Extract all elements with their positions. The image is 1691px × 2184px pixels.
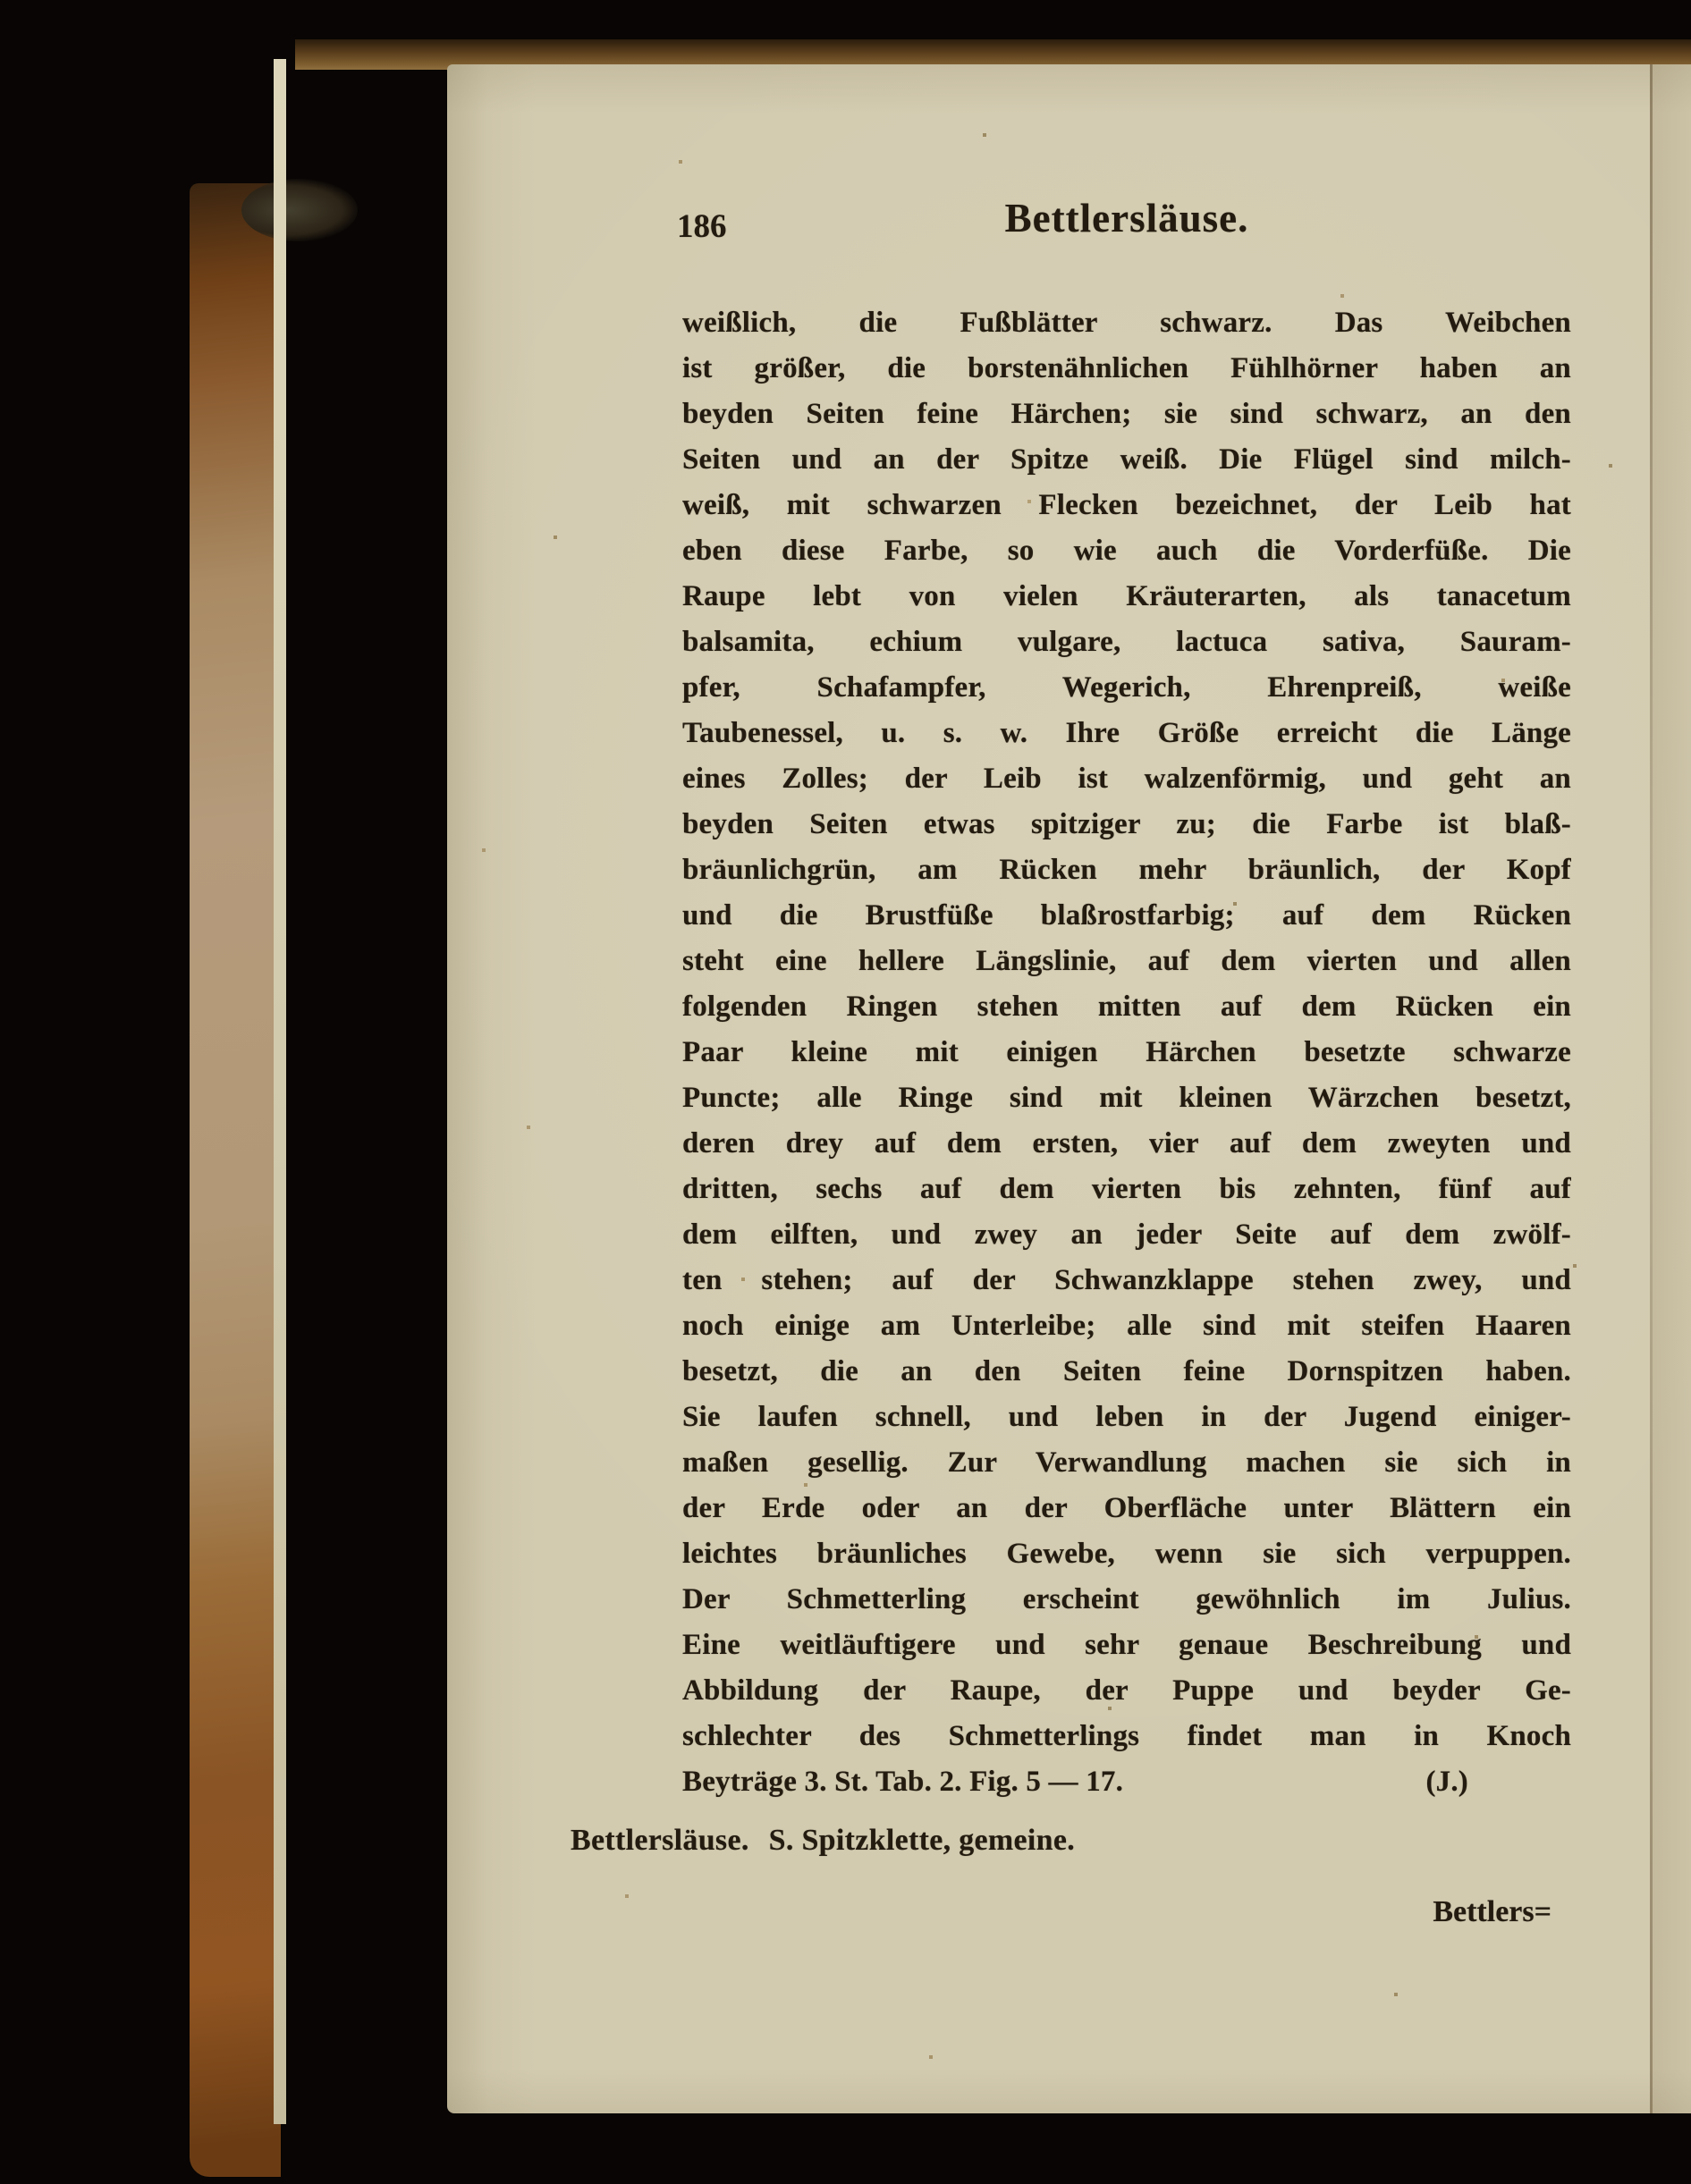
text-line: bräunlichgrün, am Rücken mehr bräunlich,…: [682, 847, 1571, 893]
text-line: maßen gesellig. Zur Verwandlung machen s…: [682, 1440, 1571, 1486]
page-block-fore-edge: [284, 52, 449, 2140]
entry-headword: Bettlersläuse.: [571, 1824, 749, 1857]
text-line: Raupe lebt von vielen Kräuterarten, als …: [682, 574, 1571, 620]
text-line: der Erde oder an der Oberfläche unter Bl…: [682, 1486, 1571, 1531]
text-line: dem eilften, und zwey an jeder Seite auf…: [682, 1212, 1571, 1258]
text-line: Puncte; alle Ringe sind mit kleinen Wärz…: [682, 1075, 1571, 1121]
page-margin-fold: [1653, 64, 1691, 2113]
text-line: Seiten und an der Spitze weiß. Die Flüge…: [682, 437, 1571, 483]
text-line: noch einige am Unterleibe; alle sind mit…: [682, 1303, 1571, 1349]
text-line: und die Brustfüße blaßrostfarbig; auf de…: [682, 893, 1571, 939]
text-line: Eine weitläuftigere und sehr genaue Besc…: [682, 1623, 1571, 1668]
body-lines: weißlich, die Fußblätter schwarz. Das We…: [682, 300, 1571, 1759]
text-line: beyden Seiten etwas spitziger zu; die Fa…: [682, 802, 1571, 847]
text-line: dritten, sechs auf dem vierten bis zehnt…: [682, 1167, 1571, 1212]
citation-mark: (J.): [1425, 1759, 1468, 1805]
book-scan: 186 Bettlersläuse. weißlich, die Fußblät…: [0, 0, 1691, 2184]
entry-reference: S. Spitzklette, gemeine.: [769, 1824, 1075, 1857]
body-text: weißlich, die Fußblätter schwarz. Das We…: [682, 300, 1571, 1805]
text-line: pfer, Schafampfer, Wegerich, Ehrenpreiß,…: [682, 665, 1571, 711]
text-line: balsamita, echium vulgare, lactuca sativ…: [682, 620, 1571, 665]
citation-line: Beyträge 3. St. Tab. 2. Fig. 5 — 17. (J.…: [682, 1759, 1571, 1805]
paper-specks: [0, 0, 2, 2]
text-line: Paar kleine mit einigen Härchen besetzte…: [682, 1030, 1571, 1075]
text-line: schlechter des Schmetterlings findet man…: [682, 1714, 1571, 1759]
text-line: ist größer, die borstenähnlichen Fühlhör…: [682, 346, 1571, 392]
text-line: ten stehen; auf der Schwanzklappe stehen…: [682, 1258, 1571, 1303]
text-line: besetzt, die an den Seiten feine Dornspi…: [682, 1349, 1571, 1395]
text-line: leichtes bräunliches Gewebe, wenn sie si…: [682, 1531, 1571, 1577]
text-line: weißlich, die Fußblätter schwarz. Das We…: [682, 300, 1571, 346]
text-line: folgenden Ringen stehen mitten auf dem R…: [682, 984, 1571, 1030]
text-line: steht eine hellere Längslinie, auf dem v…: [682, 939, 1571, 984]
text-line: Abbildung der Raupe, der Puppe und beyde…: [682, 1668, 1571, 1714]
text-line: Sie laufen schnell, und leben in der Jug…: [682, 1395, 1571, 1440]
text-line: weiß, mit schwarzen Flecken bezeichnet, …: [682, 483, 1571, 528]
text-line: Taubenessel, u. s. w. Ihre Größe erreich…: [682, 711, 1571, 756]
catchword: Bettlers=: [682, 1895, 1551, 1929]
entry-line: Bettlersläuse.S. Spitzklette, gemeine.: [571, 1824, 1075, 1858]
text-line: eines Zolles; der Leib ist walzenförmig,…: [682, 756, 1571, 802]
running-header: Bettlersläuse.: [682, 195, 1571, 241]
text-line: deren drey auf dem ersten, vier auf dem …: [682, 1121, 1571, 1167]
book-cover-edge: [190, 183, 281, 2177]
page-crease: [1650, 64, 1653, 2113]
citation-text: Beyträge 3. St. Tab. 2. Fig. 5 — 17.: [682, 1759, 1123, 1805]
text-line: Der Schmetterling erscheint gewöhnlich i…: [682, 1577, 1571, 1623]
text-line: beyden Seiten feine Härchen; sie sind sc…: [682, 392, 1571, 437]
text-line: eben diese Farbe, so wie auch die Vorder…: [682, 528, 1571, 574]
